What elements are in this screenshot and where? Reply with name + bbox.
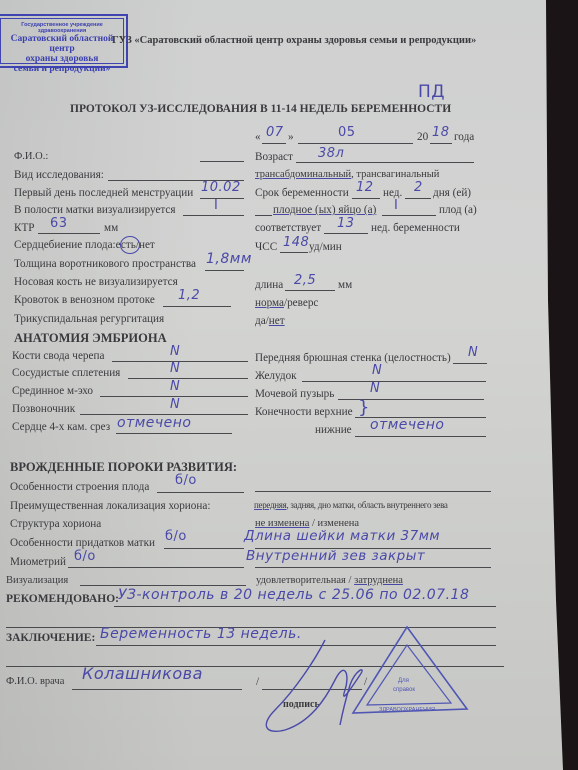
- appendages-value: б/о: [165, 530, 187, 543]
- dv-value: 1,2: [178, 289, 200, 302]
- stamp-line: охраны здоровья: [0, 54, 126, 64]
- term-label: Срок беременности: [255, 188, 349, 199]
- stamp-line: семьи и репродукции»: [0, 64, 126, 74]
- anatomy-right-label: Передняя брюшная стенка (целостность): [255, 353, 451, 364]
- anatomy-right-label: Конечности верхние: [255, 407, 353, 418]
- term-days-unit: дня (ей): [433, 188, 471, 199]
- exam-type-selected: трансабдоминальный: [255, 169, 351, 180]
- anatomy-right-value: отмечено: [370, 418, 445, 432]
- hr-label: ЧСС: [255, 242, 277, 253]
- term-days: 2: [414, 181, 423, 194]
- stamp-line: Саратовский областной центр: [0, 34, 126, 54]
- structure-label: Особенности строения плода: [10, 482, 149, 493]
- hr-unit: уд/мин: [309, 242, 342, 253]
- corresponds-value: 13: [337, 217, 355, 230]
- ktr-label: КТР: [14, 223, 35, 234]
- nt-value: 1,8мм: [206, 252, 252, 266]
- age-label: Возраст: [255, 152, 293, 163]
- anatomy-right-value: }: [358, 399, 370, 417]
- fetus-value: I: [394, 199, 398, 212]
- anatomy-right-label: Желудок: [255, 371, 297, 382]
- nt-label: Толщина воротникового пространства: [14, 259, 196, 270]
- term-weeks-unit: нед.: [383, 188, 402, 199]
- myometrium-value: б/о: [74, 550, 96, 563]
- doctor-name: Колашникова: [82, 666, 203, 682]
- hr-value: 148: [283, 236, 309, 249]
- tr-options: да/нет: [255, 316, 285, 327]
- doctor-label: Ф.И.О. врача: [6, 677, 64, 688]
- ktr-unit: мм: [104, 223, 118, 234]
- chorion-loc-rest: , задняя, дно матки, область внутреннего…: [286, 500, 447, 510]
- structure-value: б/о: [175, 474, 197, 487]
- egg-label: плодное (ых) яйцо (а): [273, 205, 376, 216]
- lmp-value: 10.02: [201, 181, 241, 194]
- chorion-struct-label: Структура хориона: [10, 519, 101, 530]
- dv-reverse: /реверс: [284, 297, 318, 309]
- circle-mark: [120, 236, 140, 254]
- date-year-prefix: 20: [417, 132, 428, 143]
- conclusion-label: ЗАКЛЮЧЕНИЕ:: [6, 633, 95, 645]
- nasal-len-label: длина: [255, 280, 283, 291]
- anatomy-left-value: N: [170, 380, 180, 393]
- fio-label: Ф.И.О.:: [14, 152, 48, 163]
- fetus-label: плод (а): [439, 205, 477, 216]
- title-mark: ПД: [418, 84, 445, 101]
- visual-label: Визуализация: [6, 576, 68, 587]
- institution-name: ГУЗ «Саратовский областной центр охраны …: [112, 36, 476, 47]
- anatomy-right-value: N: [468, 346, 478, 359]
- term-weeks: 12: [356, 181, 374, 194]
- anatomy-left-label: Позвоночник: [12, 404, 75, 415]
- uterus-value: I: [214, 199, 218, 212]
- tr-yes: да/: [255, 315, 269, 327]
- recommended-label: РЕКОМЕНДОВАНО:: [6, 594, 119, 606]
- anatomy-left-label: Срединное м-эхо: [12, 386, 93, 397]
- chorion-loc-selected: передняя: [254, 500, 286, 510]
- svg-text:Для: Для: [398, 678, 409, 684]
- anatomy-heading: АНАТОМИЯ ЭМБРИОНА: [14, 332, 167, 345]
- institution-stamp: Государственное учреждение здравоохранен…: [0, 14, 128, 68]
- visual-options: удовлетворительная / затруднена: [256, 576, 403, 587]
- dv-label: Кровоток в венозном протоке: [14, 295, 155, 306]
- nasal-len-value: 2,5: [294, 274, 316, 287]
- corresponds-label: соответствует: [255, 223, 321, 234]
- date-suffix: года: [454, 132, 474, 143]
- tr-label: Трикуспидальная регургитация: [14, 314, 164, 325]
- heartbeat-text: Сердцебиение плода:: [14, 239, 116, 251]
- date-month: 05: [338, 126, 356, 139]
- anatomy-right-value: N: [372, 364, 382, 377]
- svg-text:справок: справок: [393, 687, 415, 693]
- triangle-stamp-icon: Для справок ЗДРАВООХРАНЕНИЯ: [345, 625, 470, 725]
- uterus-label: В полости матки визуализируется: [14, 205, 176, 216]
- defects-heading: ВРОЖДЕННЫЕ ПОРОКИ РАЗВИТИЯ:: [10, 461, 237, 474]
- date-quote: »: [288, 132, 294, 143]
- lmp-label: Первый день последней менструации: [14, 188, 193, 199]
- anatomy-left-value: N: [170, 362, 180, 375]
- tr-no-selected: нет: [269, 315, 285, 327]
- appendages-label: Особенности придатков матки: [10, 538, 155, 549]
- anatomy-left-value: N: [170, 398, 180, 411]
- anatomy-right-label: нижние: [315, 425, 352, 436]
- age-value: 38л: [318, 147, 344, 160]
- corresponds-unit: нед. беременности: [371, 223, 460, 234]
- anatomy-left-value: N: [170, 345, 180, 358]
- date-day: 07: [266, 126, 284, 139]
- anatomy-right-label: Мочевой пузырь: [255, 389, 334, 400]
- exam-type-option: трансвагинальный: [356, 169, 439, 180]
- myometrium-note: Внутренний зев закрыт: [246, 550, 425, 564]
- visual-selected: затруднена: [354, 575, 403, 586]
- dv-options: норма/реверс: [255, 298, 318, 309]
- date-year: 18: [432, 126, 450, 139]
- dv-norm-selected: норма: [255, 297, 284, 309]
- anatomy-left-label: Сердце 4-х кам. срез: [12, 422, 110, 433]
- nasal-label: Носовая кость не визуализируется: [14, 277, 178, 288]
- recommended-value: УЗ-контроль в 20 недель с 25.06 по 02.07…: [118, 588, 469, 602]
- anatomy-left-label: Сосудистые сплетения: [12, 368, 120, 379]
- chorion-loc-options: передняя, задняя, дно матки, область вну…: [254, 501, 448, 510]
- appendages-note: Длина шейки матки 37мм: [244, 530, 440, 544]
- exam-type-label: Вид исследования:: [14, 170, 104, 181]
- anatomy-left-value: отмечено: [117, 416, 192, 430]
- nasal-len-unit: мм: [338, 280, 352, 291]
- date-quote: «: [255, 132, 261, 143]
- chorion-loc-label: Преимущественная локализация хориона:: [10, 501, 210, 512]
- anatomy-right-value: N: [370, 382, 380, 395]
- svg-text:ЗДРАВООХРАНЕНИЯ: ЗДРАВООХРАНЕНИЯ: [379, 707, 435, 713]
- page-title: ПРОТОКОЛ УЗ-ИССЛЕДОВАНИЯ В 11-14 НЕДЕЛЬ …: [70, 104, 451, 116]
- anatomy-left-label: Кости свода черепа: [12, 351, 104, 362]
- visual-option: удовлетворительная /: [256, 575, 354, 586]
- ktr-value: 63: [50, 217, 68, 230]
- stamp-line: Государственное учреждение здравоохранен…: [0, 22, 126, 34]
- exam-type-options: трансабдоминальный, трансвагинальный: [255, 170, 439, 181]
- myometrium-label: Миометрий: [10, 557, 66, 568]
